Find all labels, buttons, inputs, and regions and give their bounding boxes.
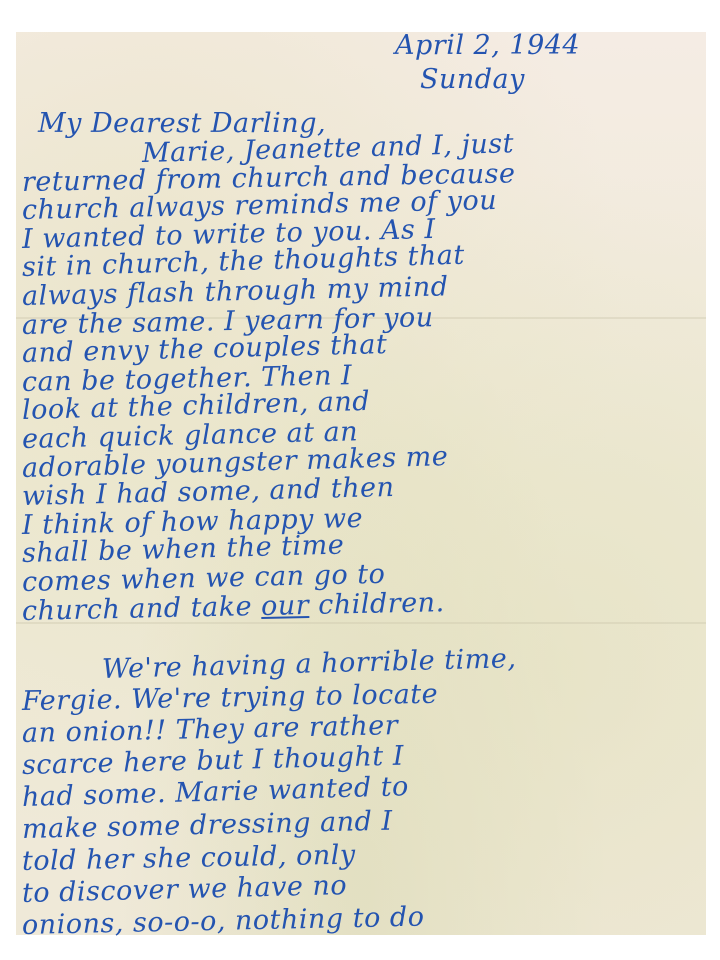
letter-date: April 2, 1944 bbox=[395, 30, 580, 61]
underlined-word: our bbox=[261, 590, 310, 622]
letter-day: Sunday bbox=[420, 64, 525, 95]
